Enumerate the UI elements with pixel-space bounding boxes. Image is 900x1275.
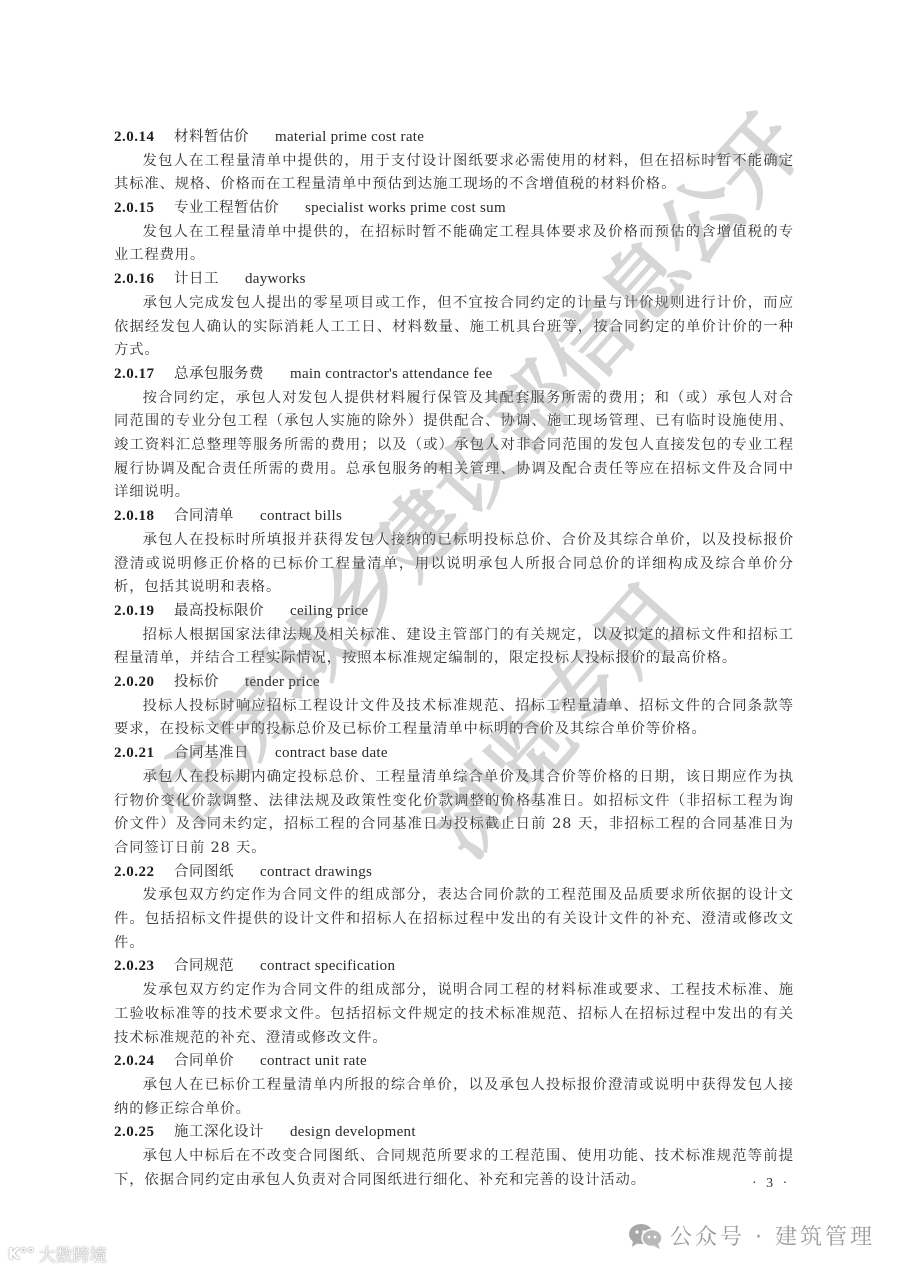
- term-number: 2.0.16: [114, 268, 174, 292]
- term-entry-2-0-19: 2.0.19最高投标限价ceiling price 招标人根据国家法律法规及相关…: [114, 600, 794, 671]
- term-chinese: 最高投标限价: [174, 600, 264, 624]
- term-definition: 发包人在工程量清单中提供的，用于支付设计图纸要求必需使用的材料，但在招标时暂不能…: [114, 150, 794, 197]
- term-definition: 承包人完成发包人提出的零星项目或工作，但不宜按合同约定的计量与计价规则进行计价，…: [114, 292, 794, 363]
- term-heading: 2.0.14材料暂估价material prime cost rate: [114, 126, 794, 150]
- term-chinese: 总承包服务费: [174, 363, 264, 387]
- document-page: 2.0.14材料暂估价material prime cost rate 发包人在…: [114, 126, 794, 1192]
- term-definition: 招标人根据国家法律法规及相关标准、建设主管部门的有关规定，以及拟定的招标文件和招…: [114, 624, 794, 671]
- term-definition: 按合同约定，承包人对发包人提供材料履行保管及其配套服务所需的费用；和（或）承包人…: [114, 387, 794, 506]
- term-entry-2-0-16: 2.0.16计日工dayworks 承包人完成发包人提出的零星项目或工作，但不宜…: [114, 268, 794, 363]
- term-chinese: 施工深化设计: [174, 1121, 264, 1145]
- term-heading: 2.0.24合同单价contract unit rate: [114, 1050, 794, 1074]
- term-heading: 2.0.18合同清单contract bills: [114, 505, 794, 529]
- term-chinese: 合同规范: [174, 955, 234, 979]
- term-chinese: 合同图纸: [174, 861, 234, 885]
- term-heading: 2.0.19最高投标限价ceiling price: [114, 600, 794, 624]
- wechat-icon: [628, 1223, 664, 1249]
- term-heading: 2.0.20投标价tender price: [114, 671, 794, 695]
- term-definition: 发包人在工程量清单中提供的，在招标时暂不能确定工程具体要求及价格而预估的含增值税…: [114, 221, 794, 268]
- term-number: 2.0.19: [114, 600, 174, 624]
- term-heading: 2.0.15专业工程暂估价specialist works prime cost…: [114, 197, 794, 221]
- term-entry-2-0-15: 2.0.15专业工程暂估价specialist works prime cost…: [114, 197, 794, 268]
- term-chinese: 材料暂估价: [174, 126, 249, 150]
- term-number: 2.0.24: [114, 1050, 174, 1074]
- term-chinese: 专业工程暂估价: [174, 197, 279, 221]
- brand-logo-text: 大数跨境: [39, 1241, 107, 1266]
- term-english: contract specification: [260, 955, 395, 979]
- term-english: tender price: [245, 671, 320, 695]
- term-chinese: 投标价: [174, 671, 219, 695]
- term-entry-2-0-25: 2.0.25施工深化设计design development 承包人中标后在不改…: [114, 1121, 794, 1192]
- term-heading: 2.0.21合同基准日contract base date: [114, 742, 794, 766]
- term-english: contract base date: [275, 742, 388, 766]
- term-heading: 2.0.16计日工dayworks: [114, 268, 794, 292]
- term-entry-2-0-24: 2.0.24合同单价contract unit rate 承包人在已标价工程量清…: [114, 1050, 794, 1121]
- term-number: 2.0.17: [114, 363, 174, 387]
- term-entry-2-0-21: 2.0.21合同基准日contract base date 承包人在投标期内确定…: [114, 742, 794, 861]
- term-english: dayworks: [245, 268, 306, 292]
- term-definition: 承包人中标后在不改变合同图纸、合同规范所要求的工程范围、使用功能、技术标准规范等…: [114, 1145, 794, 1192]
- term-entry-2-0-18: 2.0.18合同清单contract bills 承包人在投标时所填报并获得发包…: [114, 505, 794, 600]
- term-definition: 承包人在投标期内确定投标总价、工程量清单综合单价及其合价等价格的日期，该日期应作…: [114, 766, 794, 861]
- term-heading: 2.0.17总承包服务费main contractor's attendance…: [114, 363, 794, 387]
- term-chinese: 合同单价: [174, 1050, 234, 1074]
- term-heading: 2.0.22合同图纸contract drawings: [114, 861, 794, 885]
- term-english: ceiling price: [290, 600, 368, 624]
- term-entry-2-0-14: 2.0.14材料暂估价material prime cost rate 发包人在…: [114, 126, 794, 197]
- term-english: main contractor's attendance fee: [290, 363, 493, 387]
- term-definition: 发承包双方约定作为合同文件的组成部分，表达合同价款的工程范围及品质要求所依据的设…: [114, 884, 794, 955]
- term-number: 2.0.18: [114, 505, 174, 529]
- term-english: contract drawings: [260, 861, 372, 885]
- term-number: 2.0.22: [114, 861, 174, 885]
- term-number: 2.0.15: [114, 197, 174, 221]
- term-english: material prime cost rate: [275, 126, 424, 150]
- term-entry-2-0-23: 2.0.23合同规范contract specification 发承包双方约定…: [114, 955, 794, 1050]
- term-definition: 发承包双方约定作为合同文件的组成部分，说明合同工程的材料标准或要求、工程技术标准…: [114, 979, 794, 1050]
- term-definition: 承包人在已标价工程量清单内所报的综合单价，以及承包人投标报价澄清或说明中获得发包…: [114, 1074, 794, 1121]
- term-english: contract bills: [260, 505, 342, 529]
- term-chinese: 合同基准日: [174, 742, 249, 766]
- term-definition: 投标人投标时响应招标工程设计文件及技术标准规范、招标工程量清单、招标文件的合同条…: [114, 695, 794, 742]
- term-number: 2.0.20: [114, 671, 174, 695]
- term-chinese: 合同清单: [174, 505, 234, 529]
- term-heading: 2.0.25施工深化设计design development: [114, 1121, 794, 1145]
- term-number: 2.0.14: [114, 126, 174, 150]
- brand-logo-icon: K°°: [8, 1245, 35, 1263]
- term-english: design development: [290, 1121, 416, 1145]
- term-entry-2-0-17: 2.0.17总承包服务费main contractor's attendance…: [114, 363, 794, 505]
- term-english: specialist works prime cost sum: [305, 197, 506, 221]
- term-number: 2.0.23: [114, 955, 174, 979]
- term-entry-2-0-22: 2.0.22合同图纸contract drawings 发承包双方约定作为合同文…: [114, 861, 794, 956]
- page-number: · 3 ·: [752, 1176, 790, 1192]
- term-english: contract unit rate: [260, 1050, 367, 1074]
- wechat-account-label: 公众号 · 建筑管理: [670, 1220, 875, 1251]
- term-chinese: 计日工: [174, 268, 219, 292]
- wechat-account-watermark: 公众号 · 建筑管理: [628, 1220, 875, 1251]
- term-entry-2-0-20: 2.0.20投标价tender price 投标人投标时响应招标工程设计文件及技…: [114, 671, 794, 742]
- term-number: 2.0.21: [114, 742, 174, 766]
- brand-watermark: K°° 大数跨境: [8, 1241, 107, 1266]
- term-heading: 2.0.23合同规范contract specification: [114, 955, 794, 979]
- term-definition: 承包人在投标时所填报并获得发包人接纳的已标明投标总价、合价及其综合单价，以及投标…: [114, 529, 794, 600]
- term-number: 2.0.25: [114, 1121, 174, 1145]
